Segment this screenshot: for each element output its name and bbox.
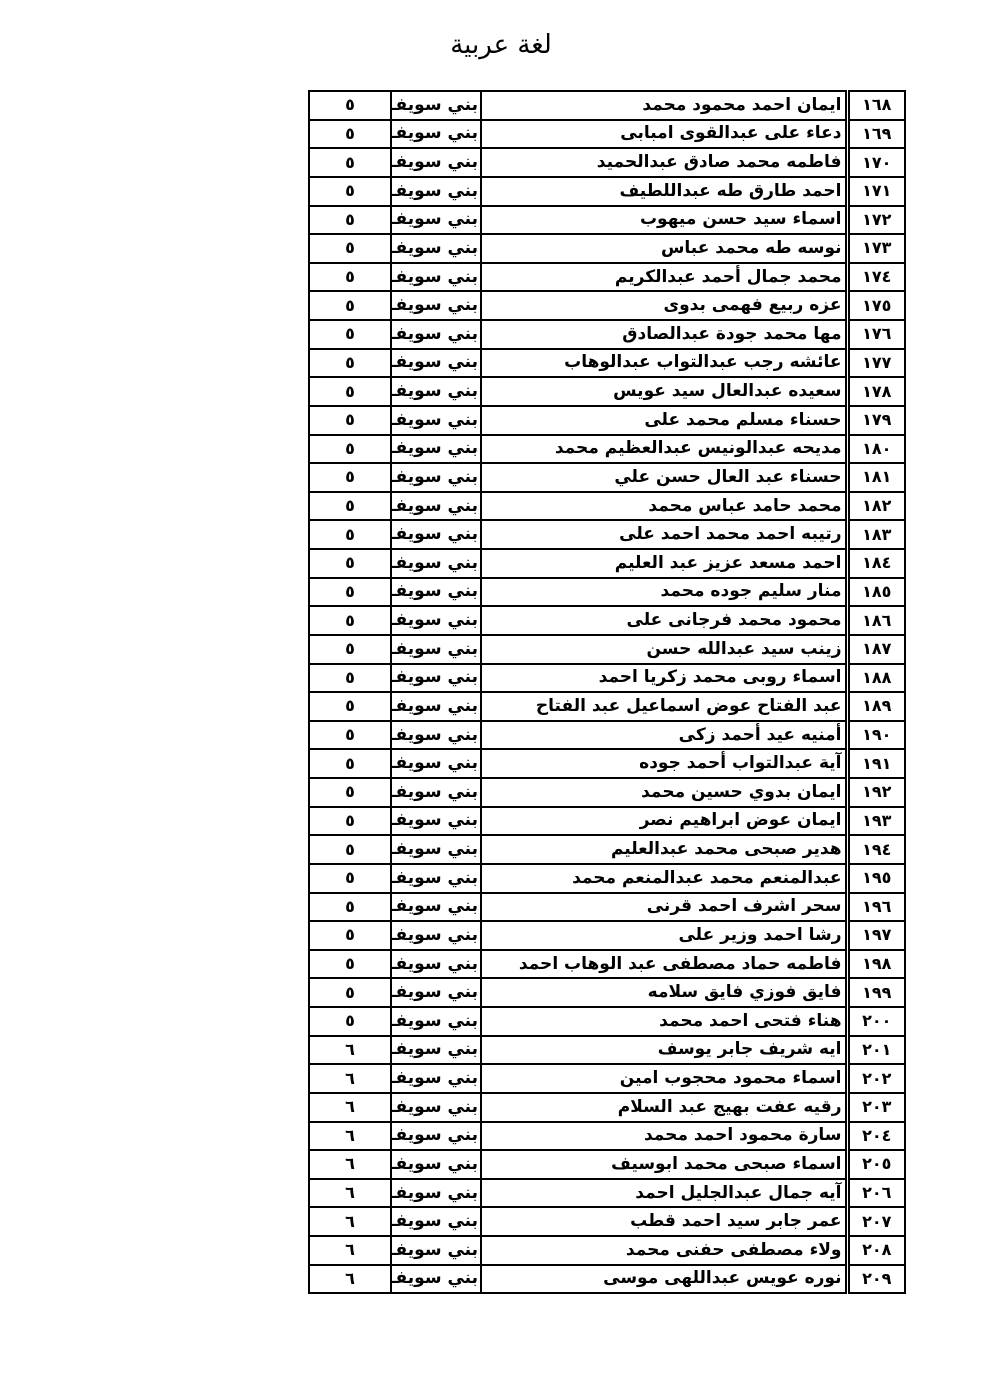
student-name-cell: فاطمه محمد صادق عبدالحميد [481,148,847,177]
governorate-cell: بني سويفــ [391,1179,481,1208]
grade-cell: ٦ [309,1064,391,1093]
student-name-cell: عائشه رجب عبدالتواب عبدالوهاب [481,349,847,378]
student-name-cell: زينب سيد عبدالله حسن [481,635,847,664]
row-number-cell: ٢٠٣ [847,1093,905,1122]
row-number-cell: ١٨٤ [847,549,905,578]
row-number-cell: ١٦٩ [847,120,905,149]
governorate-cell: بني سويفــ [391,120,481,149]
row-number-cell: ١٨٢ [847,492,905,521]
governorate-cell: بني سويفــ [391,635,481,664]
governorate-cell: بني سويفــ [391,234,481,263]
student-name-cell: محمود محمد فرجانى على [481,606,847,635]
grade-cell: ٥ [309,606,391,635]
student-name-cell: ولاء مصطفى حفنى محمد [481,1236,847,1265]
governorate-cell: بني سويفــ [391,578,481,607]
governorate-cell: بني سويفــ [391,835,481,864]
row-number-cell: ١٨٦ [847,606,905,635]
grade-cell: ٥ [309,377,391,406]
table-row: ٢٠٠ هناء فتحى احمد محمد بني سويفــ ٥ [309,1007,905,1036]
governorate-cell: بني سويفــ [391,1122,481,1151]
table-row: ١٦٨ ايمان احمد محمود محمد بني سويفــ ٥ [309,91,905,120]
student-name-cell: ايمان بدوي حسين محمد [481,778,847,807]
governorate-cell: بني سويفــ [391,721,481,750]
table-row: ١٨٠ مديحه عبدالونيس عبدالعظيم محمد بني س… [309,435,905,464]
table-row: ١٩٣ ايمان عوض ابراهيم نصر بني سويفــ ٥ [309,807,905,836]
governorate-cell: بني سويفــ [391,263,481,292]
row-number-cell: ١٧٠ [847,148,905,177]
governorate-cell: بني سويفــ [391,1207,481,1236]
table-row: ١٧١ احمد طارق طه عبداللطيف بني سويفــ ٥ [309,177,905,206]
student-name-cell: احمد طارق طه عبداللطيف [481,177,847,206]
row-number-cell: ١٩٥ [847,864,905,893]
table-row: ١٩٧ رشا احمد وزير على بني سويفــ ٥ [309,921,905,950]
student-name-cell: رقيه عفت بهيج عبد السلام [481,1093,847,1122]
table-row: ١٧٤ محمد جمال أحمد عبدالكريم بني سويفــ … [309,263,905,292]
grade-cell: ٥ [309,692,391,721]
student-name-cell: سعيده عبدالعال سيد عويس [481,377,847,406]
governorate-cell: بني سويفــ [391,1036,481,1065]
table-row: ١٩٥ عبدالمنعم محمد عبدالمنعم محمد بني سو… [309,864,905,893]
grade-cell: ٥ [309,492,391,521]
governorate-cell: بني سويفــ [391,549,481,578]
row-number-cell: ١٧٩ [847,406,905,435]
grade-cell: ٥ [309,978,391,1007]
row-number-cell: ١٧٧ [847,349,905,378]
table-row: ١٩١ آية عبدالتواب أحمد جوده بني سويفــ ٥ [309,749,905,778]
grade-cell: ٥ [309,120,391,149]
student-name-cell: دعاء على عبدالقوى امبابى [481,120,847,149]
table-row: ٢٠٧ عمر جابر سيد احمد قطب بني سويفــ ٦ [309,1207,905,1236]
governorate-cell: بني سويفــ [391,320,481,349]
governorate-cell: بني سويفــ [391,664,481,693]
row-number-cell: ١٩١ [847,749,905,778]
governorate-cell: بني سويفــ [391,492,481,521]
student-name-cell: آية عبدالتواب أحمد جوده [481,749,847,778]
governorate-cell: بني سويفــ [391,1150,481,1179]
row-number-cell: ١٩٨ [847,950,905,979]
grade-cell: ٥ [309,921,391,950]
grade-cell: ٦ [309,1236,391,1265]
row-number-cell: ٢٠٠ [847,1007,905,1036]
governorate-cell: بني سويفــ [391,807,481,836]
table-row: ١٩٠ أمنيه عيد أحمد زكى بني سويفــ ٥ [309,721,905,750]
row-number-cell: ١٩٧ [847,921,905,950]
governorate-cell: بني سويفــ [391,950,481,979]
governorate-cell: بني سويفــ [391,778,481,807]
grade-cell: ٦ [309,1265,391,1294]
table-row: ١٩٩ فايق فوزي فايق سلامه بني سويفــ ٥ [309,978,905,1007]
governorate-cell: بني سويفــ [391,1265,481,1294]
grade-cell: ٥ [309,893,391,922]
grade-cell: ٥ [309,664,391,693]
student-name-cell: اسماء صبحى محمد ابوسيف [481,1150,847,1179]
student-name-cell: نوره عويس عبداللهى موسى [481,1265,847,1294]
student-name-cell: فاطمه حماد مصطفى عبد الوهاب احمد [481,950,847,979]
table-row: ١٨٦ محمود محمد فرجانى على بني سويفــ ٥ [309,606,905,635]
student-name-cell: عبدالمنعم محمد عبدالمنعم محمد [481,864,847,893]
row-number-cell: ٢٠٨ [847,1236,905,1265]
grade-cell: ٥ [309,864,391,893]
table-row: ١٨٤ احمد مسعد عزيز عبد العليم بني سويفــ… [309,549,905,578]
governorate-cell: بني سويفــ [391,1093,481,1122]
row-number-cell: ١٨٩ [847,692,905,721]
grade-cell: ٥ [309,234,391,263]
grade-cell: ٥ [309,291,391,320]
table-row: ١٨٩ عبد الفتاح عوض اسماعيل عبد الفتاح بن… [309,692,905,721]
grade-cell: ٦ [309,1122,391,1151]
grade-cell: ٥ [309,578,391,607]
row-number-cell: ١٨٨ [847,664,905,693]
table-row: ٢٠٣ رقيه عفت بهيج عبد السلام بني سويفــ … [309,1093,905,1122]
governorate-cell: بني سويفــ [391,1064,481,1093]
row-number-cell: ٢٠٧ [847,1207,905,1236]
row-number-cell: ١٧٦ [847,320,905,349]
table-row: ١٩٢ ايمان بدوي حسين محمد بني سويفــ ٥ [309,778,905,807]
table-row: ١٧٩ حسناء مسلم محمد على بني سويفــ ٥ [309,406,905,435]
grade-cell: ٥ [309,950,391,979]
governorate-cell: بني سويفــ [391,91,481,120]
row-number-cell: ١٩٦ [847,893,905,922]
table-row: ١٦٩ دعاء على عبدالقوى امبابى بني سويفــ … [309,120,905,149]
page-title: لغة عربية [450,30,552,60]
row-number-cell: ١٩٣ [847,807,905,836]
student-name-cell: حسناء مسلم محمد على [481,406,847,435]
table-row: ٢٠٦ آيه جمال عبدالجليل احمد بني سويفــ ٦ [309,1179,905,1208]
student-name-cell: سحر اشرف احمد قرنى [481,893,847,922]
student-name-cell: ايه شريف جابر يوسف [481,1036,847,1065]
results-table-body: ١٦٨ ايمان احمد محمود محمد بني سويفــ ٥ ١… [308,90,906,1294]
student-name-cell: عمر جابر سيد احمد قطب [481,1207,847,1236]
table-row: ١٩٤ هدير صبحى محمد عبدالعليم بني سويفــ … [309,835,905,864]
row-number-cell: ١٧٤ [847,263,905,292]
table-row: ١٧٢ اسماء سيد حسن ميهوب بني سويفــ ٥ [309,206,905,235]
table-row: ١٨٢ محمد حامد عباس محمد بني سويفــ ٥ [309,492,905,521]
governorate-cell: بني سويفــ [391,148,481,177]
grade-cell: ٥ [309,91,391,120]
row-number-cell: ١٧٨ [847,377,905,406]
grade-cell: ٥ [309,549,391,578]
grade-cell: ٦ [309,1179,391,1208]
table-row: ١٧٨ سعيده عبدالعال سيد عويس بني سويفــ ٥ [309,377,905,406]
governorate-cell: بني سويفــ [391,692,481,721]
student-name-cell: هناء فتحى احمد محمد [481,1007,847,1036]
table-row: ٢٠١ ايه شريف جابر يوسف بني سويفــ ٦ [309,1036,905,1065]
row-number-cell: ٢٠٤ [847,1122,905,1151]
student-name-cell: ايمان احمد محمود محمد [481,91,847,120]
governorate-cell: بني سويفــ [391,606,481,635]
row-number-cell: ٢٠٥ [847,1150,905,1179]
table-row: ١٧٦ مها محمد جودة عبدالصادق بني سويفــ ٥ [309,320,905,349]
grade-cell: ٦ [309,1036,391,1065]
governorate-cell: بني سويفــ [391,377,481,406]
grade-cell: ٥ [309,320,391,349]
row-number-cell: ١٩٠ [847,721,905,750]
student-name-cell: اسماء روبى محمد زكريا احمد [481,664,847,693]
student-name-cell: ايمان عوض ابراهيم نصر [481,807,847,836]
student-name-cell: نوسه طه محمد عباس [481,234,847,263]
student-name-cell: حسناء عبد العال حسن علي [481,463,847,492]
governorate-cell: بني سويفــ [391,921,481,950]
grade-cell: ٦ [309,1093,391,1122]
grade-cell: ٥ [309,520,391,549]
grade-cell: ٥ [309,349,391,378]
row-number-cell: ١٨٣ [847,520,905,549]
grade-cell: ٥ [309,263,391,292]
table-row: ٢٠٥ اسماء صبحى محمد ابوسيف بني سويفــ ٦ [309,1150,905,1179]
grade-cell: ٥ [309,1007,391,1036]
table-row: ٢٠٨ ولاء مصطفى حفنى محمد بني سويفــ ٦ [309,1236,905,1265]
grade-cell: ٥ [309,835,391,864]
governorate-cell: بني سويفــ [391,978,481,1007]
row-number-cell: ١٩٤ [847,835,905,864]
row-number-cell: ١٧٥ [847,291,905,320]
grade-cell: ٥ [309,177,391,206]
grade-cell: ٥ [309,206,391,235]
row-number-cell: ٢٠٢ [847,1064,905,1093]
row-number-cell: ١٨٧ [847,635,905,664]
grade-cell: ٥ [309,721,391,750]
student-name-cell: محمد جمال أحمد عبدالكريم [481,263,847,292]
governorate-cell: بني سويفــ [391,177,481,206]
student-name-cell: أمنيه عيد أحمد زكى [481,721,847,750]
row-number-cell: ١٩٩ [847,978,905,1007]
governorate-cell: بني سويفــ [391,206,481,235]
table-row: ١٨٥ منار سليم جوده محمد بني سويفــ ٥ [309,578,905,607]
row-number-cell: ١٦٨ [847,91,905,120]
governorate-cell: بني سويفــ [391,893,481,922]
governorate-cell: بني سويفــ [391,349,481,378]
row-number-cell: ٢٠٩ [847,1265,905,1294]
table-row: ١٩٨ فاطمه حماد مصطفى عبد الوهاب احمد بني… [309,950,905,979]
student-name-cell: فايق فوزي فايق سلامه [481,978,847,1007]
table-row: ١٨٧ زينب سيد عبدالله حسن بني سويفــ ٥ [309,635,905,664]
governorate-cell: بني سويفــ [391,435,481,464]
table-row: ١٨٣ رتيبه احمد محمد احمد على بني سويفــ … [309,520,905,549]
governorate-cell: بني سويفــ [391,406,481,435]
governorate-cell: بني سويفــ [391,1236,481,1265]
row-number-cell: ١٨٥ [847,578,905,607]
grade-cell: ٥ [309,406,391,435]
grade-cell: ٥ [309,463,391,492]
student-name-cell: آيه جمال عبدالجليل احمد [481,1179,847,1208]
student-name-cell: مديحه عبدالونيس عبدالعظيم محمد [481,435,847,464]
grade-cell: ٥ [309,807,391,836]
grade-cell: ٦ [309,1150,391,1179]
grade-cell: ٦ [309,1207,391,1236]
grade-cell: ٥ [309,778,391,807]
table-row: ١٧٠ فاطمه محمد صادق عبدالحميد بني سويفــ… [309,148,905,177]
row-number-cell: ١٨٠ [847,435,905,464]
row-number-cell: ٢٠١ [847,1036,905,1065]
grade-cell: ٥ [309,148,391,177]
table-row: ١٧٣ نوسه طه محمد عباس بني سويفــ ٥ [309,234,905,263]
governorate-cell: بني سويفــ [391,1007,481,1036]
grade-cell: ٥ [309,749,391,778]
table-row: ١٨١ حسناء عبد العال حسن علي بني سويفــ ٥ [309,463,905,492]
student-name-cell: عبد الفتاح عوض اسماعيل عبد الفتاح [481,692,847,721]
student-name-cell: هدير صبحى محمد عبدالعليم [481,835,847,864]
student-name-cell: منار سليم جوده محمد [481,578,847,607]
row-number-cell: ١٩٢ [847,778,905,807]
student-name-cell: احمد مسعد عزيز عبد العليم [481,549,847,578]
table-row: ٢٠٤ سارة محمود احمد محمد بني سويفــ ٦ [309,1122,905,1151]
row-number-cell: ١٧٢ [847,206,905,235]
row-number-cell: ٢٠٦ [847,1179,905,1208]
student-name-cell: اسماء سيد حسن ميهوب [481,206,847,235]
row-number-cell: ١٨١ [847,463,905,492]
student-name-cell: رشا احمد وزير على [481,921,847,950]
student-name-cell: رتيبه احمد محمد احمد على [481,520,847,549]
governorate-cell: بني سويفــ [391,291,481,320]
student-name-cell: اسماء محمود محجوب امين [481,1064,847,1093]
student-name-cell: مها محمد جودة عبدالصادق [481,320,847,349]
row-number-cell: ١٧١ [847,177,905,206]
table-row: ١٨٨ اسماء روبى محمد زكريا احمد بني سويفـ… [309,664,905,693]
governorate-cell: بني سويفــ [391,463,481,492]
governorate-cell: بني سويفــ [391,864,481,893]
grade-cell: ٥ [309,435,391,464]
table-row: ١٧٧ عائشه رجب عبدالتواب عبدالوهاب بني سو… [309,349,905,378]
governorate-cell: بني سويفــ [391,520,481,549]
governorate-cell: بني سويفــ [391,749,481,778]
student-name-cell: عزه ربيع فهمى بدوى [481,291,847,320]
table-row: ٢٠٩ نوره عويس عبداللهى موسى بني سويفــ ٦ [309,1265,905,1294]
row-number-cell: ١٧٣ [847,234,905,263]
student-name-cell: سارة محمود احمد محمد [481,1122,847,1151]
table-row: ٢٠٢ اسماء محمود محجوب امين بني سويفــ ٦ [309,1064,905,1093]
student-name-cell: محمد حامد عباس محمد [481,492,847,521]
table-row: ١٧٥ عزه ربيع فهمى بدوى بني سويفــ ٥ [309,291,905,320]
table-row: ١٩٦ سحر اشرف احمد قرنى بني سويفــ ٥ [309,893,905,922]
grade-cell: ٥ [309,635,391,664]
